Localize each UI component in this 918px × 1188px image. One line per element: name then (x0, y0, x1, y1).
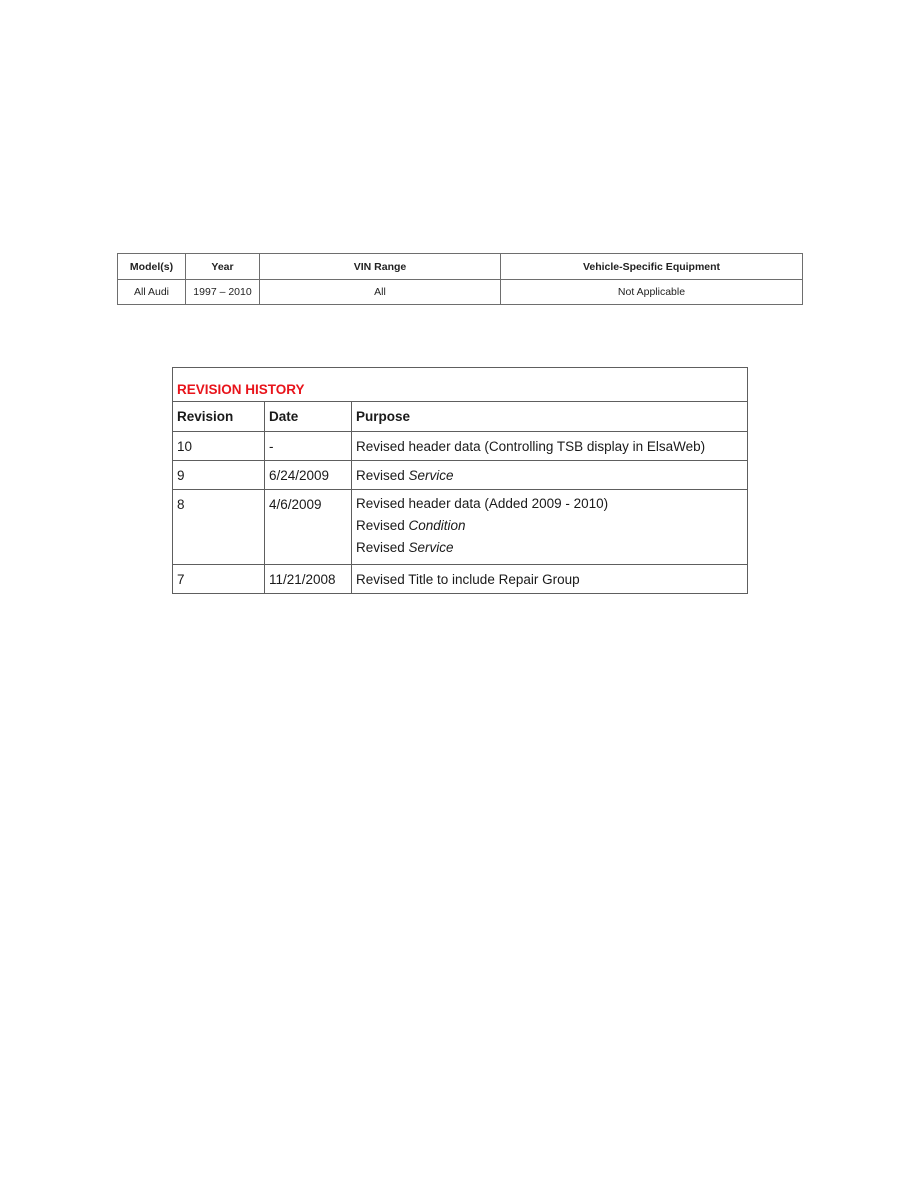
revision-number: 9 (177, 468, 260, 484)
applicability-table: Model(s) Year VIN Range Vehicle-Specific… (117, 253, 803, 305)
purpose-line: Revised Condition (356, 515, 743, 537)
purpose-line: Revised Service (356, 468, 743, 484)
table-row: 711/21/2008Revised Title to include Repa… (173, 565, 748, 594)
cell-revision: 7 (173, 565, 265, 594)
purpose-text: Revised (356, 468, 409, 483)
cell-purpose: Revised header data (Controlling TSB dis… (352, 432, 748, 461)
header-vin-range: VIN Range (260, 254, 501, 280)
revision-history-header-row: Revision Date Purpose (173, 402, 748, 432)
revision-date: - (269, 439, 347, 455)
header-date: Date (265, 402, 352, 432)
header-vehicle-specific-equipment: Vehicle-Specific Equipment (501, 254, 803, 280)
revision-history-title-row: REVISION HISTORY (173, 368, 748, 402)
cell-year: 1997 – 2010 (186, 280, 260, 305)
revision-date: 6/24/2009 (269, 468, 347, 484)
cell-purpose: Revised Service (352, 461, 748, 490)
header-revision: Revision (173, 402, 265, 432)
revision-number: 10 (177, 439, 260, 455)
purpose-line: Revised Service (356, 537, 743, 559)
purpose-section-name: Service (409, 468, 454, 483)
purpose-section-name: Service (409, 540, 454, 555)
revision-history-table: REVISION HISTORY Revision Date Purpose 1… (172, 367, 748, 594)
purpose-section-name: Condition (409, 518, 466, 533)
cell-vin-range: All (260, 280, 501, 305)
revision-date: 4/6/2009 (269, 497, 347, 513)
cell-revision: 9 (173, 461, 265, 490)
cell-date: - (265, 432, 352, 461)
table-row: All Audi 1997 – 2010 All Not Applicable (118, 280, 803, 305)
revision-date: 11/21/2008 (269, 572, 347, 588)
header-models: Model(s) (118, 254, 186, 280)
cell-vehicle-specific-equipment: Not Applicable (501, 280, 803, 305)
purpose-line: Revised header data (Added 2009 - 2010) (356, 493, 743, 515)
cell-revision: 8 (173, 490, 265, 565)
purpose-line: Revised Title to include Repair Group (356, 572, 743, 588)
revision-history-title: REVISION HISTORY (173, 368, 748, 402)
revision-history-body: 10-Revised header data (Controlling TSB … (173, 432, 748, 594)
revision-number: 8 (177, 497, 260, 513)
table-row: 96/24/2009Revised Service (173, 461, 748, 490)
cell-models: All Audi (118, 280, 186, 305)
header-purpose: Purpose (352, 402, 748, 432)
revision-number: 7 (177, 572, 260, 588)
table-row: 84/6/2009Revised header data (Added 2009… (173, 490, 748, 565)
purpose-text: Revised header data (Added 2009 - 2010) (356, 496, 608, 511)
purpose-line: Revised header data (Controlling TSB dis… (356, 439, 743, 455)
cell-date: 4/6/2009 (265, 490, 352, 565)
table-row: 10-Revised header data (Controlling TSB … (173, 432, 748, 461)
cell-date: 11/21/2008 (265, 565, 352, 594)
cell-date: 6/24/2009 (265, 461, 352, 490)
purpose-text: Revised (356, 518, 409, 533)
purpose-text: Revised Title to include Repair Group (356, 572, 580, 587)
header-year: Year (186, 254, 260, 280)
cell-purpose: Revised Title to include Repair Group (352, 565, 748, 594)
cell-purpose: Revised header data (Added 2009 - 2010)R… (352, 490, 748, 565)
purpose-text: Revised (356, 540, 409, 555)
purpose-text: Revised header data (Controlling TSB dis… (356, 439, 705, 454)
cell-revision: 10 (173, 432, 265, 461)
applicability-header-row: Model(s) Year VIN Range Vehicle-Specific… (118, 254, 803, 280)
